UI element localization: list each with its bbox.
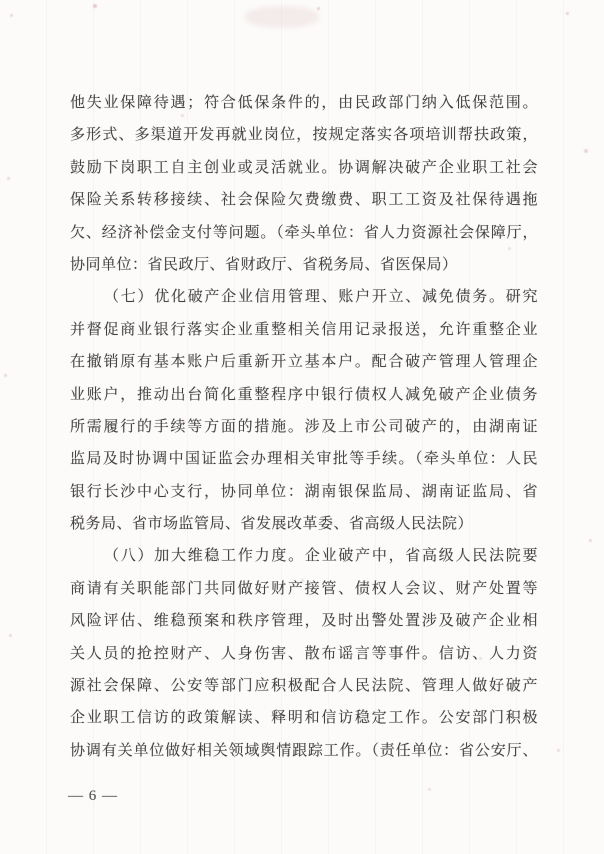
scan-speck xyxy=(9,634,12,637)
text-line-12: 监局及时协调中国证监会办理相关审批等手续。（牵头单位：人民 xyxy=(70,443,538,475)
text-line-2: 多形式、多渠道开发再就业岗位，按规定落实各项培训帮扶政策， xyxy=(70,119,538,151)
text-line-9: 在撤销原有基本账户后重新开立基本户。配合破产管理人管理企 xyxy=(70,346,538,378)
text-line-4: 保险关系转移接续、社会保险欠费缴费、职工工资及社保待遇拖 xyxy=(70,184,538,216)
page-number: — 6 — xyxy=(68,788,118,805)
scan-speck xyxy=(557,749,560,752)
text-line-21: 协调有关单位做好相关领域舆情跟踪工作。（责任单位：省公安厅、 xyxy=(70,735,538,767)
scan-speck xyxy=(589,539,592,542)
text-line-5: 欠、经济补偿金支付等问题。（牵头单位：省人力资源社会保障厅， xyxy=(70,217,538,249)
text-line-8: 并督促商业银行落实企业重整相关信用记录报送，允许重整企业 xyxy=(70,314,538,346)
text-line-3: 鼓励下岗职工自主创业或灵活就业。协调解决破产企业职工社会 xyxy=(70,152,538,184)
text-line-13: 银行长沙中心支行，协同单位：湖南银保监局、湖南证监局、省 xyxy=(70,476,538,508)
scan-speck xyxy=(317,7,320,10)
text-line-7: （七）优化破产企业信用管理、账户开立、减免债务。研究 xyxy=(70,281,538,313)
document-page: 他失业保障待遇；符合低保条件的，由民政部门纳入低保范围。多形式、多渠道开发再就业… xyxy=(0,0,604,854)
text-line-20: 企业职工信访的政策解读、释明和信访稳定工作。公安部门积极 xyxy=(70,702,538,734)
scan-speck xyxy=(566,12,569,15)
scan-speck xyxy=(93,4,97,8)
text-line-1: 他失业保障待遇；符合低保条件的，由民政部门纳入低保范围。 xyxy=(70,87,538,119)
text-line-14: 税务局、省市场监管局、省发展改革委、省高级人民法院） xyxy=(70,508,538,540)
text-line-19: 源社会保障、公安等部门应积极配合人民法院、管理人做好破产 xyxy=(70,670,538,702)
scan-speck xyxy=(10,14,13,17)
text-line-6: 协同单位：省民政厅、省财政厅、省税务局、省医保局） xyxy=(70,249,538,281)
document-body-text: 他失业保障待遇；符合低保条件的，由民政部门纳入低保范围。多形式、多渠道开发再就业… xyxy=(70,87,538,767)
text-line-16: 商请有关职能部门共同做好财产接管、债权人会议、财产处置等 xyxy=(70,573,538,605)
text-line-10: 业账户，推动出台简化重整程序中银行债权人减免破产企业债务 xyxy=(70,379,538,411)
scan-smudge xyxy=(245,6,319,28)
text-line-15: （八）加大维稳工作力度。企业破产中，省高级人民法院要 xyxy=(70,540,538,572)
scan-speck xyxy=(584,149,588,153)
scan-speck xyxy=(428,788,431,791)
scan-speck xyxy=(7,177,10,180)
text-line-18: 关人员的抢控财产、人身伤害、散布谣言等事件。信访、人力资 xyxy=(70,638,538,670)
text-line-11: 所需履行的手续等方面的措施。涉及上市公司破产的，由湖南证 xyxy=(70,411,538,443)
scan-speck xyxy=(4,374,7,377)
text-line-17: 风险评估、维稳预案和秩序管理，及时出警处置涉及破产企业相 xyxy=(70,605,538,637)
